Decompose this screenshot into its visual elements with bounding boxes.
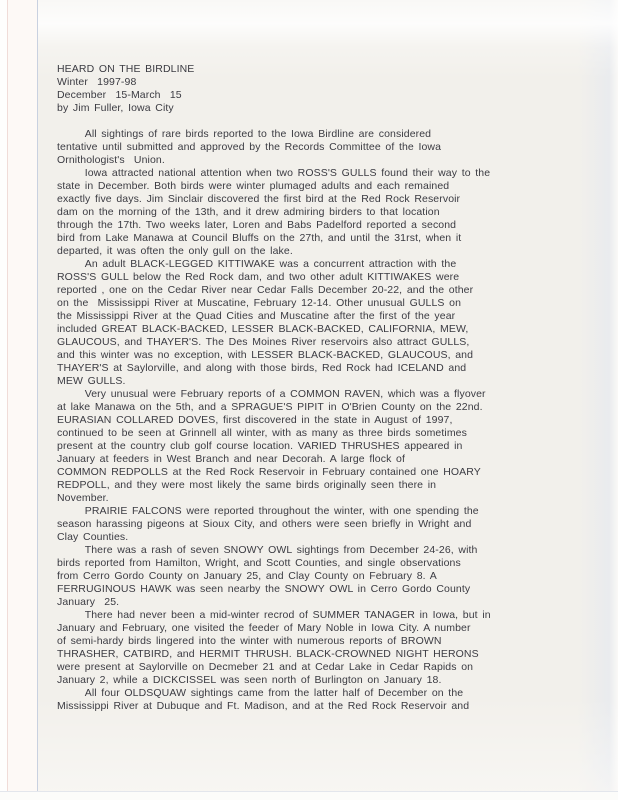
paragraph-summer-tanager: There had never been a mid-winter recrod…	[57, 609, 507, 687]
document-body: All sightings of rare birds reported to …	[57, 128, 507, 713]
paragraph-prairie-falcons: PRAIRIE FALCONS were reported throughout…	[57, 505, 507, 544]
paragraph-kittiwake-gulls: An adult BLACK-LEGGED KITTIWAKE was a co…	[57, 258, 507, 388]
paragraph-ross-gulls: Iowa attracted national attention when t…	[57, 167, 507, 258]
paragraph-oldsquaw: All four OLDSQUAW sightings came from th…	[57, 687, 507, 713]
document-page: HEARD ON THE BIRDLINE Winter 1997-98 Dec…	[37, 0, 618, 791]
paragraph-snowy-owls: There was a rash of seven SNOWY OWL sigh…	[57, 544, 507, 609]
scanned-document: HEARD ON THE BIRDLINE Winter 1997-98 Dec…	[0, 0, 618, 800]
scan-bottom-edge	[0, 791, 618, 800]
document-byline: by Jim Fuller, Iowa City	[57, 102, 507, 115]
document-date-range: December 15-March 15	[57, 89, 507, 102]
document-season: Winter 1997-98	[57, 76, 507, 89]
paragraph-intro: All sightings of rare birds reported to …	[57, 128, 507, 167]
document-title: HEARD ON THE BIRDLINE	[57, 63, 507, 76]
document-header: HEARD ON THE BIRDLINE Winter 1997-98 Dec…	[57, 63, 507, 115]
paragraph-raven-doves: Very unusual were February reports of a …	[57, 388, 507, 505]
document-text: HEARD ON THE BIRDLINE Winter 1997-98 Dec…	[57, 63, 507, 713]
under-page-edge	[7, 0, 39, 793]
